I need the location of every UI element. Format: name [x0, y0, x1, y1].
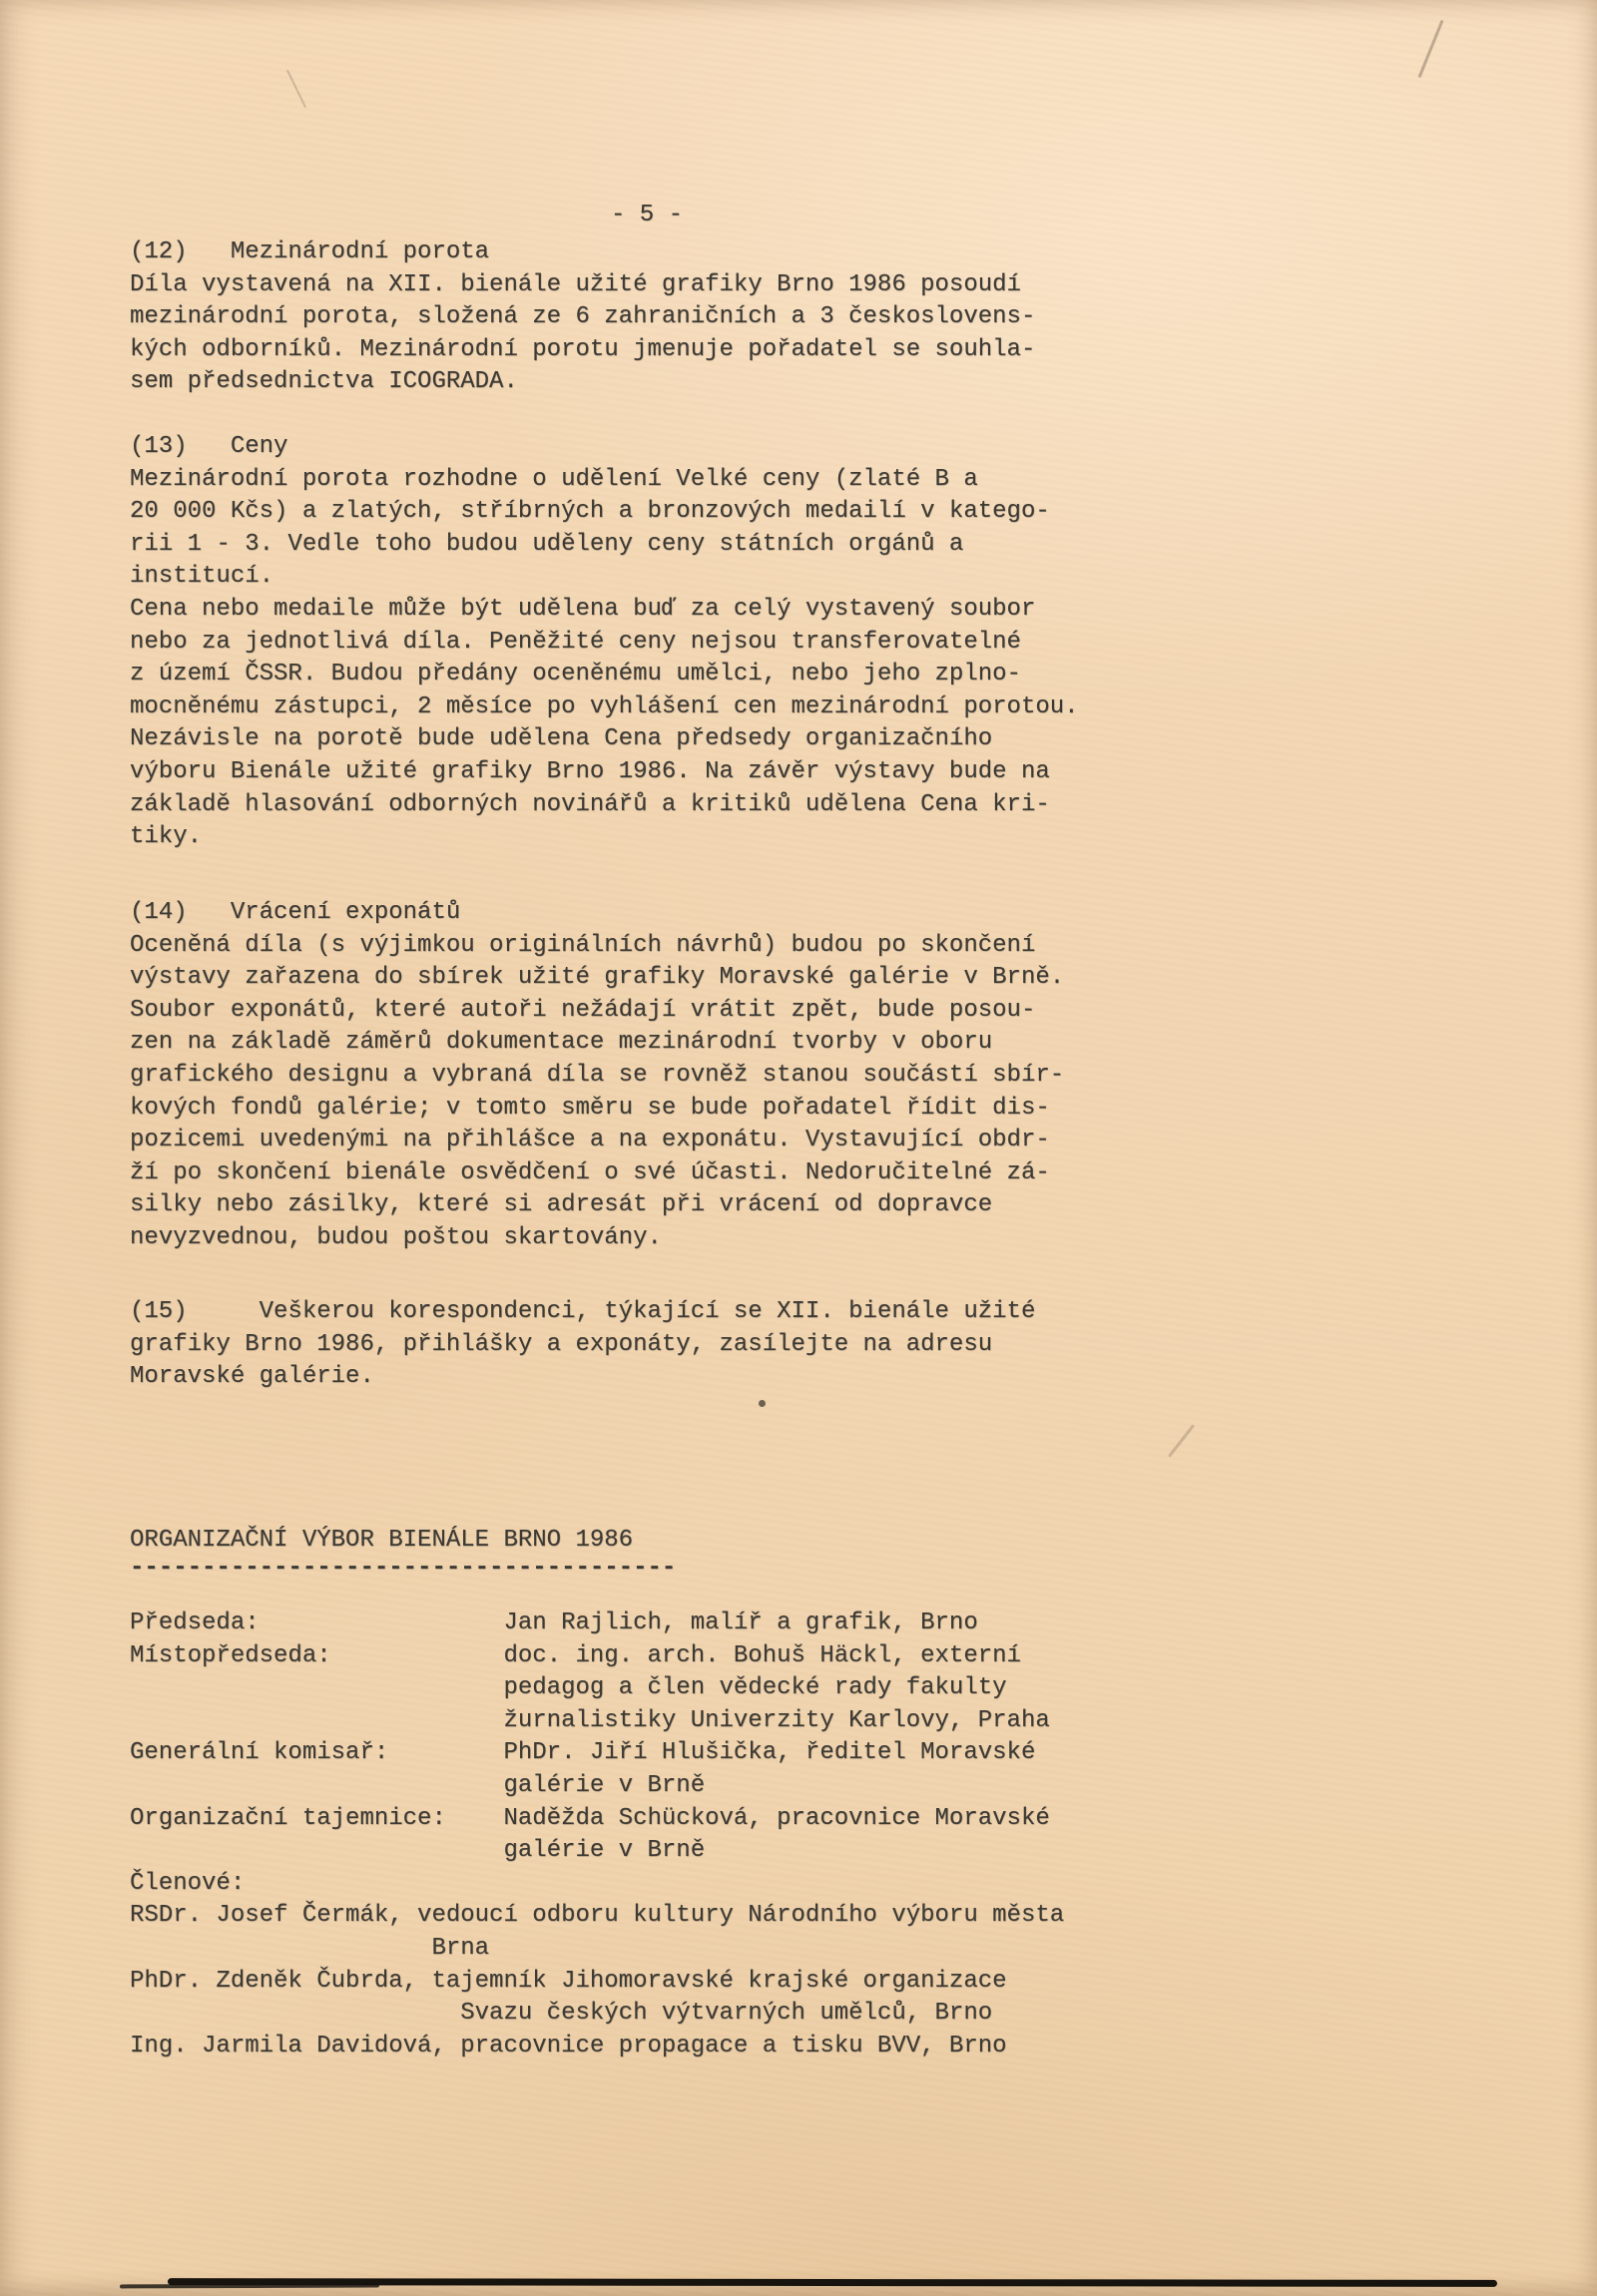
- section-14-return-of-exhibits: (14) Vrácení exponátů Oceněná díla (s vý…: [130, 897, 1064, 1255]
- ink-dot: [759, 1400, 766, 1407]
- committee-divider: --------------------------------------: [130, 1553, 676, 1586]
- scanned-document-page: - 5 - (12) Mezinárodní porota Díla vysta…: [0, 0, 1597, 2296]
- pen-mark-top-left: [286, 70, 306, 109]
- section-13-prizes: (13) Ceny Mezinárodní porota rozhodne o …: [130, 431, 1079, 854]
- page-number: - 5 -: [611, 200, 683, 232]
- section-15-correspondence: (15) Veškerou korespondenci, týkající se…: [130, 1296, 1035, 1394]
- pen-mark-top-right: [1417, 20, 1443, 79]
- pen-mark-mid-right: [1168, 1424, 1195, 1457]
- scan-edge-line-left: [120, 2284, 379, 2289]
- committee-roster: Předseda: Jan Rajlich, malíř a grafik, B…: [130, 1607, 1064, 2063]
- section-12-international-jury: (12) Mezinárodní porota Díla vystavená n…: [130, 236, 1035, 399]
